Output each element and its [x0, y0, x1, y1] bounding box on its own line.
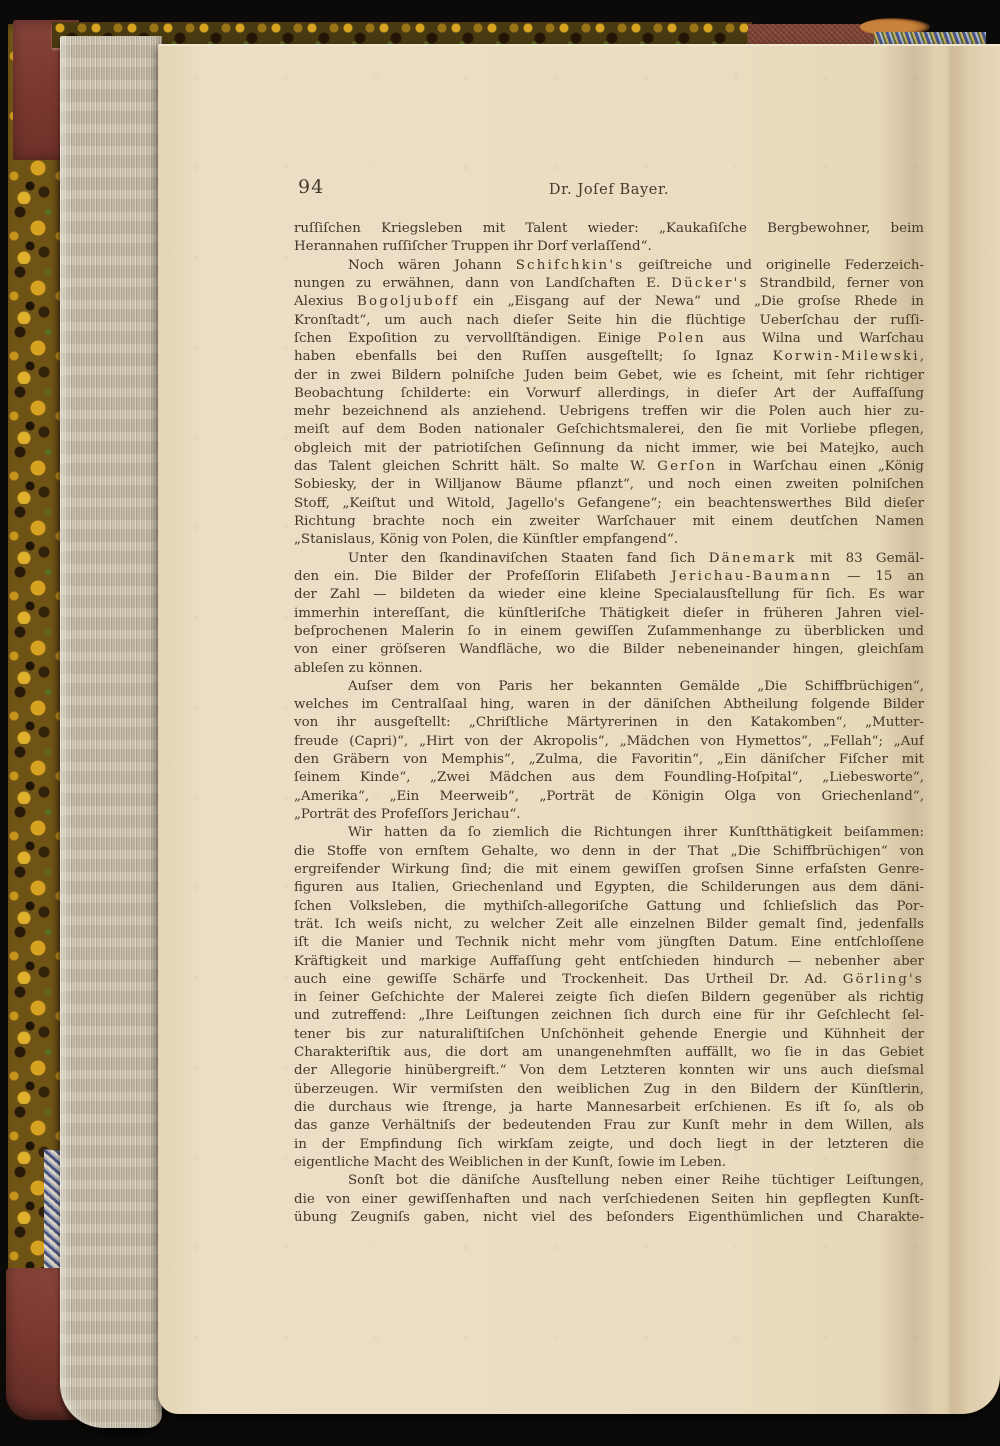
text-line: „Stanislaus, König von Polen, die Künſtl…: [294, 531, 924, 549]
text-line: Charakteriſtik aus, die dort am unangene…: [294, 1044, 924, 1062]
text-line: haben ebenfalls bei den Ruſſen ausgeſtel…: [294, 348, 924, 366]
text-line: auch eine gewiſſe Schärfe und Trockenhei…: [294, 971, 924, 989]
text-line: das Talent gleichen Schritt hält. So mal…: [294, 458, 924, 476]
paragraph: Sonſt bot die däniſche Ausſtellung neben…: [294, 1172, 924, 1227]
text-line: der Zahl — bildeten da wieder eine klein…: [294, 586, 924, 604]
paragraph: Wir hatten da ſo ziemlich die Richtungen…: [294, 824, 924, 1172]
text-line: der in zwei Bildern polniſche Juden beim…: [294, 367, 924, 385]
text-line: die Stoffe von ernſtem Gehalte, wo denn …: [294, 843, 924, 861]
text-line: Alexius Bogoljuboff ein „Eisgang auf der…: [294, 293, 924, 311]
text-line: „Porträt des Profeſſors Jerichau“.: [294, 806, 924, 824]
letterspaced-name: Schifchkin's: [516, 258, 625, 273]
text-line: ſeinem Kinde“, „Zwei Mädchen aus dem Fou…: [294, 769, 924, 787]
text-line: übung Zeugniſs gaben, nicht viel des beſ…: [294, 1209, 924, 1227]
text-line: Noch wären Johann Schifchkin's geiſtreic…: [294, 257, 924, 275]
text-line: ſchen Expoſition zu vervollſtändigen. Ei…: [294, 330, 924, 348]
page-stack-fore-edge: [60, 36, 162, 1428]
text-line: meiſt auf dem Boden nationaler Geſchicht…: [294, 421, 924, 439]
text-line: tener bis zur naturaliſtiſchen Unſchönhe…: [294, 1026, 924, 1044]
text-line: trät. Ich weiſs nicht, zu welcher Zeit a…: [294, 916, 924, 934]
text-line: das ganze Verhältniſs der bedeutenden Fr…: [294, 1117, 924, 1135]
text-line: immerhin intereſſant, die künſtleriſche …: [294, 605, 924, 623]
letterspaced-name: Görling's: [843, 972, 924, 987]
letterspaced-name: Jerichau-Baumann: [671, 569, 832, 584]
text-line: den Gräbern von Memphis“, „Zulma, die Fa…: [294, 751, 924, 769]
running-header: Dr. Joſef Bayer.: [294, 182, 924, 198]
text-line: Wir hatten da ſo ziemlich die Richtungen…: [294, 824, 924, 842]
text-line: eigentliche Macht des Weiblichen in der …: [294, 1154, 924, 1172]
paragraph: Unter den ſkandinaviſchen Staaten fand ſ…: [294, 550, 924, 678]
letterspaced-name: Polen: [657, 331, 705, 346]
text-line: Kronſtadt“, um auch nach dieſer Seite hi…: [294, 312, 924, 330]
text-line: figuren aus Italien, Griechenland und Eg…: [294, 879, 924, 897]
text-line: Unter den ſkandinaviſchen Staaten fand ſ…: [294, 550, 924, 568]
letterspaced-name: Dücker's: [671, 276, 748, 291]
text-line: Herannahen ruſſiſcher Truppen ihr Dorf v…: [294, 238, 924, 256]
text-line: von ihr ausgeſtellt: „Chriſtliche Märtyr…: [294, 714, 924, 732]
text-line: freude (Capri)“, „Hirt von der Akropolis…: [294, 733, 924, 751]
text-line: und zutreffend: „Ihre Leiſtungen zeichne…: [294, 1007, 924, 1025]
paragraph: Noch wären Johann Schifchkin's geiſtreic…: [294, 257, 924, 550]
text-line: ergreifender Wirkung ſind; die mit einem…: [294, 861, 924, 879]
text-line: obgleich mit der patriotiſchen Geſinnung…: [294, 440, 924, 458]
letterspaced-name: Korwin-Milewski: [773, 349, 920, 364]
letterspaced-name: Bogoljuboff: [357, 294, 459, 309]
text-line: „Amerika“, „Ein Meerweib“, „Porträt de K…: [294, 788, 924, 806]
letterspaced-name: Dänemark: [709, 551, 797, 566]
text-line: iſt die Manier und Technik nicht mehr vo…: [294, 934, 924, 952]
text-line: ruſſiſchen Kriegsleben mit Talent wieder…: [294, 220, 924, 238]
paragraph: ruſſiſchen Kriegsleben mit Talent wieder…: [294, 220, 924, 257]
letterspaced-name: Gerſon: [657, 459, 717, 474]
text-line: den ein. Die Bilder der Profeſſorin Eliſ…: [294, 568, 924, 586]
book-page: 94 Dr. Joſef Bayer. ruſſiſchen Kriegsleb…: [158, 44, 1000, 1414]
text-line: mehr bezeichnend als anziehend. Uebrigen…: [294, 403, 924, 421]
text-line: Stoff, „Keiſtut und Witold, Jagello's Ge…: [294, 495, 924, 513]
text-line: von einer gröſseren Wandfläche, wo die B…: [294, 641, 924, 659]
text-line: überzeugen. Wir vermiſsten den weibliche…: [294, 1081, 924, 1099]
text-line: in ſeiner Geſchichte der Malerei zeigte …: [294, 989, 924, 1007]
text-line: nungen zu erwähnen, dann von Landſchafte…: [294, 275, 924, 293]
text-line: Sobiesky, der in Willjanow Bäume pflanzt…: [294, 476, 924, 494]
text-line: die von einer gewiſſenhaften und nach ve…: [294, 1191, 924, 1209]
text-line: die durchaus wie ſtrenge, ja harte Manne…: [294, 1099, 924, 1117]
marbled-endpaper-edge: [8, 24, 62, 1334]
text-line: welches im Centralſaal hing, waren in de…: [294, 696, 924, 714]
text-block: ruſſiſchen Kriegsleben mit Talent wieder…: [294, 220, 924, 1227]
text-line: Richtung brachte noch ein zweiter Warſch…: [294, 513, 924, 531]
text-line: Sonſt bot die däniſche Ausſtellung neben…: [294, 1172, 924, 1190]
text-line: Beobachtung ſchilderte: ein Vorwurf alle…: [294, 385, 924, 403]
text-line: der Allegorie hinübergreift.“ Von dem Le…: [294, 1062, 924, 1080]
text-line: Auſser dem von Paris her bekannten Gemäl…: [294, 678, 924, 696]
paragraph: Auſser dem von Paris her bekannten Gemäl…: [294, 678, 924, 825]
text-line: ableſen zu können.: [294, 660, 924, 678]
text-line: ſchen Volksleben, die mythiſch-allegoriſ…: [294, 898, 924, 916]
text-line: Kräftigkeit und markige Auffaſſung geht …: [294, 953, 924, 971]
text-line: beſprochenen Malerin ſo in einem gewiſſe…: [294, 623, 924, 641]
text-line: in der Empfindung ſich wirkſam zeigte, u…: [294, 1136, 924, 1154]
